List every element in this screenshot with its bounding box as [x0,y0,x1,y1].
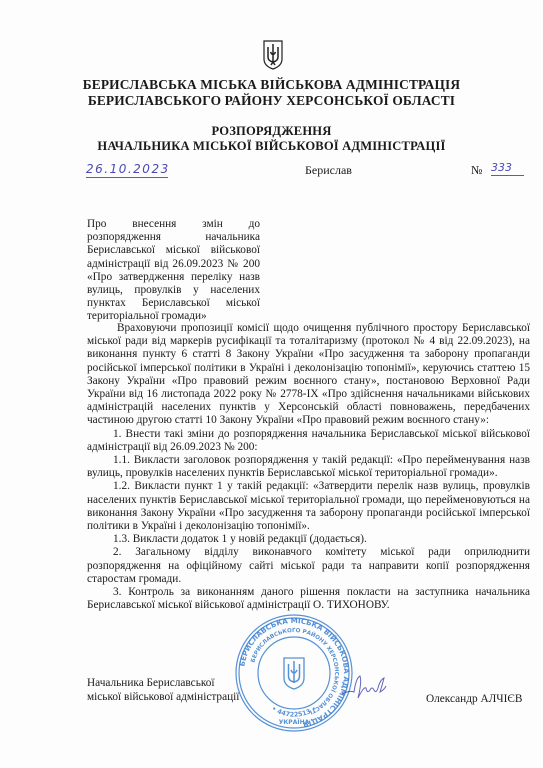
handwritten-signature-icon [340,672,388,706]
organization-region: БЕРИСЛАВСЬКОГО РАЙОНУ ХЕРСОНСЬКОЇ ОБЛАСТ… [0,93,543,109]
preamble-paragraph: Враховуючи пропозиції комісії щодо очище… [87,322,530,428]
document-type: РОЗПОРЯДЖЕННЯ [0,123,543,139]
document-city: Берислав [305,163,352,178]
official-stamp-icon: БЕРИСЛАВСЬКА МІСЬКА ВІЙСЬКОВА АДМІНІСТРА… [233,612,355,734]
document-number: 333 [491,161,524,176]
order-item-1-2: 1.2. Викласти пункт 1 у такій редакції: … [87,480,530,533]
number-label: № [471,163,482,178]
order-item-1: 1. Внести такі зміни до розпорядження на… [87,428,530,454]
svg-text:УКРАЇНА: УКРАЇНА [279,719,310,726]
order-item-3: 3. Контроль за виконанням даного рішення… [87,586,530,612]
signatory-name: Олександр АЛЧІЄВ [426,692,522,706]
document-issuer: НАЧАЛЬНИКА МІСЬКОЇ ВІЙСЬКОВОЇ АДМІНІСТРА… [0,138,543,154]
document-page: БЕРИСЛАВСЬКА МІСЬКА ВІЙСЬКОВА АДМІНІСТРА… [0,0,543,768]
order-item-1-3: 1.3. Викласти додаток 1 у новій редакції… [87,533,530,546]
document-date: 26.10.2023 [86,162,168,178]
document-subject: Про внесення змін до розпорядження начал… [87,218,260,324]
svg-text:• 44722513 •: • 44722513 • [270,704,318,718]
ukraine-trident-icon [262,40,284,70]
order-item-1-1: 1.1. Викласти заголовок розпорядження у … [87,454,530,480]
document-body: Враховуючи пропозиції комісії щодо очище… [87,322,530,612]
organization-name: БЕРИСЛАВСЬКА МІСЬКА ВІЙСЬКОВА АДМІНІСТРА… [0,77,543,93]
order-item-2: 2. Загальному відділу виконавчого коміте… [87,546,530,586]
